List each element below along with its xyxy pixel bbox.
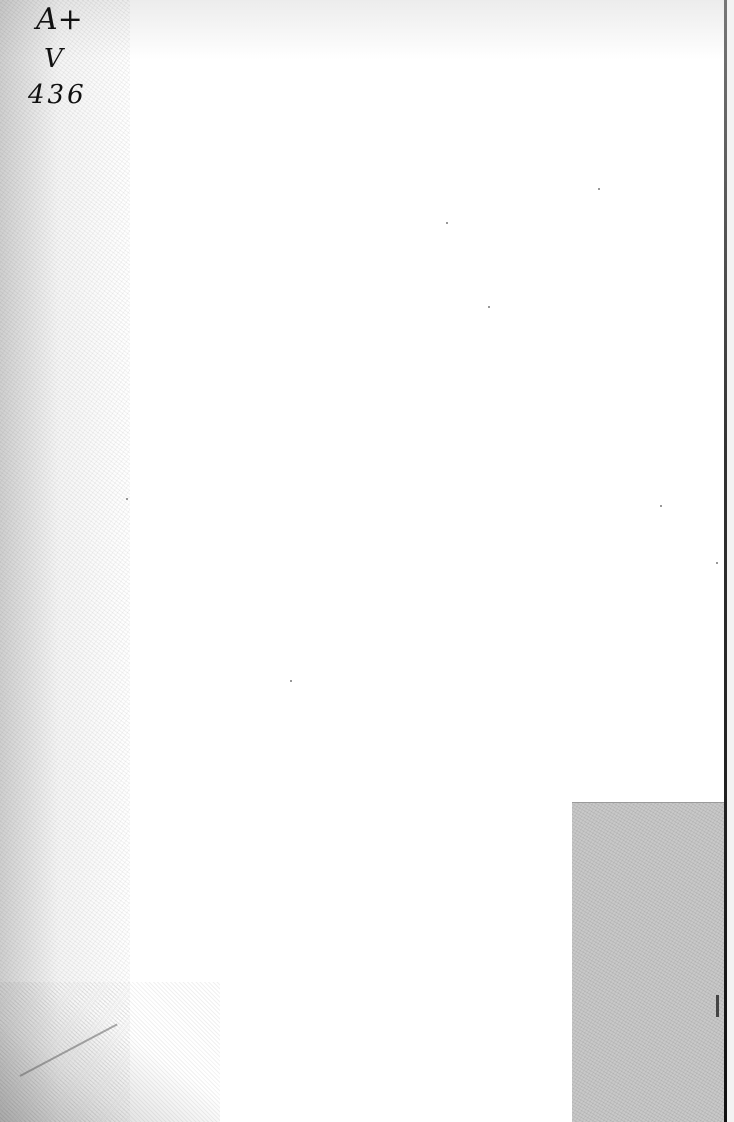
worn-bottom-corner [0,982,220,1122]
shelfmark-line-2: V [44,44,63,74]
edge-mark [716,995,719,1017]
shelfmark-line-3: 436 [28,80,87,110]
dust-speck [716,562,718,564]
paper-grain-left-edge [0,0,130,1122]
dust-speck [446,222,448,224]
page-edge-margin [727,0,734,1122]
shelfmark-line-1: A+ [36,2,83,37]
scanned-page: A+ V 436 [0,0,734,1122]
dust-speck [660,505,662,507]
dust-speck [598,188,600,190]
underlying-sheet-visible [572,802,724,1122]
dust-speck [488,306,490,308]
dust-speck [126,498,128,500]
dust-speck [290,680,292,682]
